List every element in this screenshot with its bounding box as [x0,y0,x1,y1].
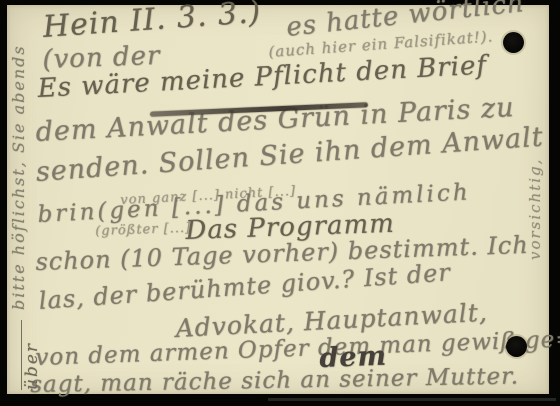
scan-background: { "document": { "colors": { "paper": "#e… [0,0,560,406]
postcard: Hein II. 3. 3.) es hatte wörtlich (von d… [7,5,549,394]
marginalia-left-underlined: über [21,320,41,390]
scanner-edge-line [268,398,556,401]
handwriting-line: (größter [...] [95,222,191,238]
handwriting-line: sagt, man räche sich an seiner Mutter. [30,365,519,397]
handwriting-line: Hein II. 3. 3.) [42,0,262,43]
marginalia-left: bitte höflichst, Sie abends [11,20,27,310]
punch-hole-top [503,32,524,53]
punch-hole-bottom [506,336,527,357]
handwriting-line: schon (10 Tage vorher) bestimmt. Ich [35,233,529,274]
marginalia-right: vorsichtig, [528,100,543,260]
